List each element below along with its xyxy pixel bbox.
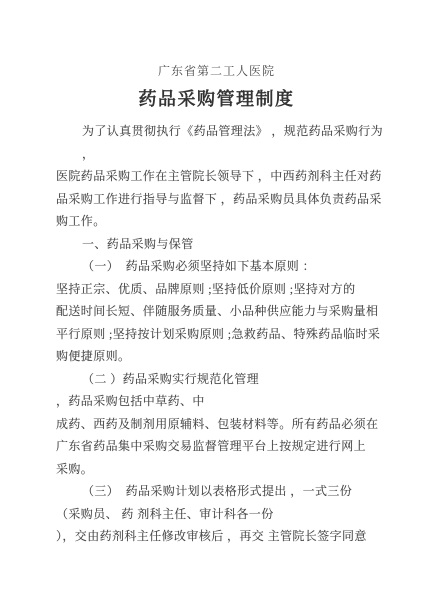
subsection-heading: （一） 药品采购必须坚持如下基本原则 ： — [56, 255, 377, 278]
hospital-name: 广东省第二工人医院 — [56, 64, 377, 79]
document-title: 药品采购管理制度 — [56, 88, 377, 110]
text-line: 采购。 — [56, 458, 377, 481]
text-line: 配送时间长短、伴随服务质量、小品种供应能力与采购量相 — [56, 300, 377, 323]
text-line: 广东省药品集中采购交易监督管理平台上按规定进行网上 — [56, 435, 377, 458]
subsection-heading: （二 ）药品采购实行规范化管理 — [56, 368, 377, 391]
text-line: 购工作。 — [56, 210, 377, 233]
text-line: 医院药品采购工作在主管院长领导下 ，中西药剂科主任对药 — [56, 165, 377, 188]
text-line: 成药、西药及制剂用原辅料、包装材料等。所有药品必须在 — [56, 413, 377, 436]
text-line: ），交由药剂科主任修改审核后 ，再交 主管院长签字同意 — [56, 525, 377, 548]
document-body: 为了认真贯彻执行《药品管理法》 ，规范药品采购行为 ， 医院药品采购工作在主管院… — [56, 120, 377, 548]
subsection-heading: （三） 药品采购计划以表格形式提出 ，一式三份 — [56, 480, 377, 503]
text-line: ， — [56, 143, 377, 166]
text-line: 品采购工作进行指导与监督下 ，药品采购员具体负责药品采 — [56, 188, 377, 211]
text-line: 为了认真贯彻执行《药品管理法》 ，规范药品采购行为 — [56, 120, 377, 143]
section-heading: 一、药品采购与保管 — [56, 233, 377, 256]
text-line: ，药品采购包括中草药、中 — [56, 390, 377, 413]
text-line: 平行原则 ;坚持按计划采购原则 ;急救药品、特殊药品临时采 — [56, 323, 377, 346]
text-line: 购便捷原则。 — [56, 345, 377, 368]
document-page: 广东省第二工人医院 药品采购管理制度 为了认真贯彻执行《药品管理法》 ，规范药品… — [0, 0, 423, 600]
text-line: （采购员、 药 剂科主任、审计科各一份 — [56, 503, 377, 526]
text-line: 坚持正宗、优质、品牌原则 ;坚持低价原则 ;坚持对方的 — [56, 278, 377, 301]
